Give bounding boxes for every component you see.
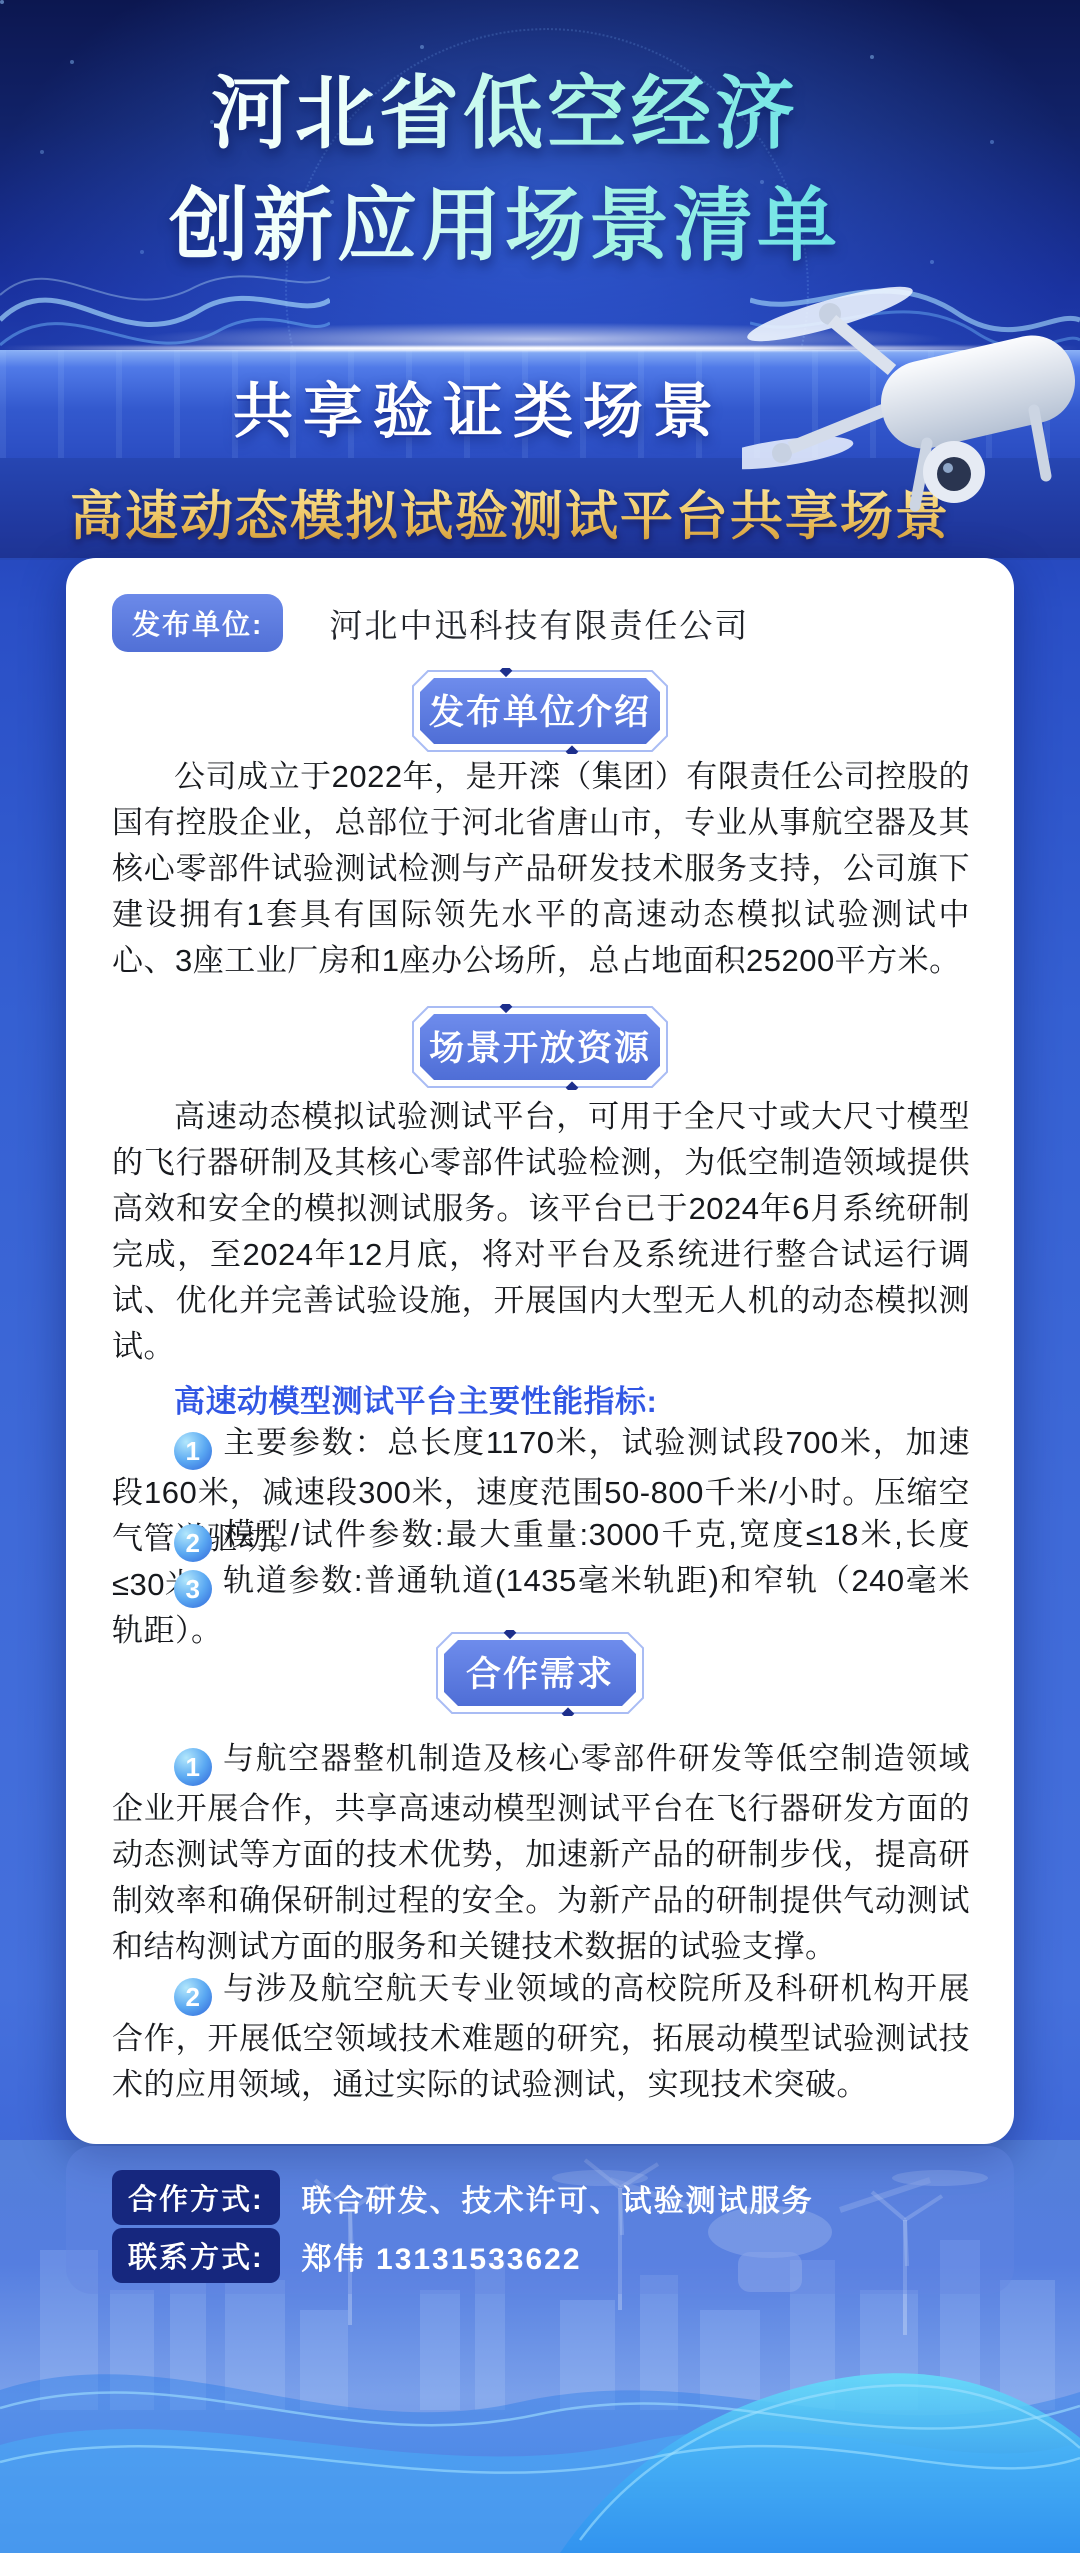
number-circle-3: 3 — [174, 1570, 212, 1608]
drone-illustration — [742, 248, 1080, 578]
contact-box: 合作方式: 联合研发、技术许可、试验测试服务 联系方式: 郑伟 13131533… — [66, 2146, 1014, 2294]
contact-value: 郑伟 13131533622 — [302, 2234, 582, 2278]
intro-paragraph: 公司成立于2022年，是开滦（集团）有限责任公司控股的国有控股企业，总部位于河北… — [112, 754, 970, 984]
publisher-name: 河北中迅科技有限责任公司 — [329, 600, 749, 647]
coop-method-label-badge: 合作方式: — [112, 2170, 280, 2225]
coop-item-1: 1与航空器整机制造及核心零部件研发等低空制造领域企业开展合作，共享高速动模型测试… — [112, 1736, 970, 1970]
section-badge-intro-label: 发布单位介绍 — [429, 693, 651, 732]
publisher-row: 发布单位: 河北中迅科技有限责任公司 — [112, 594, 749, 652]
coop-method-row: 合作方式: 联合研发、技术许可、试验测试服务 — [112, 2170, 814, 2225]
indicators-title: 高速动模型测试平台主要性能指标: — [112, 1376, 970, 1421]
coop-method-value: 联合研发、技术许可、试验测试服务 — [302, 2176, 814, 2220]
section-badge-intro: 发布单位介绍 — [410, 668, 670, 759]
coop-item-2-text: 与涉及航空航天专业领域的高校院所及科研机构开展合作，开展低空领域技术难题的研究，… — [112, 1971, 970, 2102]
coop-item-2: 2与涉及航空航天专业领域的高校院所及科研机构开展合作，开展低空领域技术难题的研究… — [112, 1966, 970, 2108]
content-card: 发布单位: 河北中迅科技有限责任公司 发布单位介绍 公司成立于2022年，是开滦… — [66, 558, 1014, 2144]
coop-number-circle-1: 1 — [174, 1748, 212, 1786]
poster: 河北省低空经济 创新应用场景清单 共享验证类场景 高速动态模拟试验测试平台共享场… — [0, 0, 1080, 2553]
poster-title-line1: 河北省低空经济 — [0, 58, 1010, 170]
section-badge-resources: 场景开放资源 — [410, 1004, 670, 1095]
section-badge-coop: 合作需求 — [434, 1630, 646, 1721]
publisher-label-badge: 发布单位: — [112, 594, 283, 652]
resources-paragraph: 高速动态模拟试验测试平台，可用于全尺寸或大尺寸模型的飞行器研制及其核心零部件试验… — [112, 1094, 970, 1370]
coop-number-circle-2: 2 — [174, 1978, 212, 2016]
section-badge-resources-label: 场景开放资源 — [429, 1029, 651, 1068]
section-badge-coop-label: 合作需求 — [466, 1655, 614, 1694]
contact-row: 联系方式: 郑伟 13131533622 — [112, 2228, 582, 2283]
coop-item-1-text: 与航空器整机制造及核心零部件研发等低空制造领域企业开展合作，共享高速动模型测试平… — [112, 1741, 970, 1964]
number-circle-1: 1 — [174, 1432, 212, 1470]
contact-label-badge: 联系方式: — [112, 2228, 280, 2283]
dot-grid-decoration — [0, 0, 4, 4]
number-circle-2: 2 — [174, 1524, 212, 1562]
